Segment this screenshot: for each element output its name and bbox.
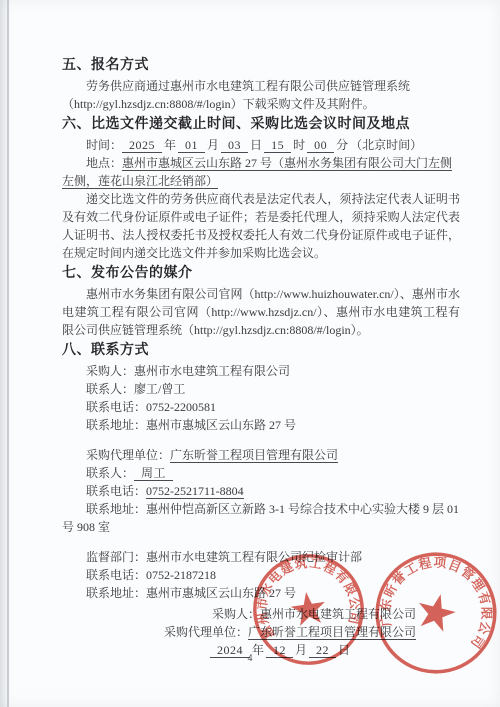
agency-phone-line: 联系电话：0752-2521711-8804	[62, 482, 460, 500]
purchaser-phone-line: 联系电话：0752-2200581	[62, 398, 460, 416]
signature-agency-value: 广东昕誉工程项目管理有限公司	[248, 625, 416, 640]
time-year-unit: 年	[162, 138, 178, 152]
time-year-value: 2025	[122, 138, 162, 153]
section7-paragraph: 惠州市水务集团有限公司官网（http://www.huizhouwater.cn…	[62, 285, 460, 339]
agency-name-line: 采购代理单位：广东昕誉工程项目管理有限公司	[62, 446, 460, 464]
date-day-value: 22	[309, 643, 336, 658]
agency-contact-label: 联系人：	[86, 466, 134, 480]
document-page: 五、报名方式 劳务供应商通过惠州市水电建筑工程有限公司供应链管理系统 （http…	[0, 0, 500, 707]
supervisor-name-line: 监督部门：惠州市水电建筑工程有限公司纪检审计部	[62, 548, 460, 566]
time-hour-unit: 时	[291, 138, 307, 152]
signature-agency-label: 采购代理单位：	[164, 625, 248, 639]
section8-heading: 八、联系方式	[62, 341, 460, 361]
meeting-time-line: 时间：2025年01月03日15时00分（北京时间）	[62, 136, 460, 154]
signature-block: 采购人：惠州市水电建筑工程有限公司 采购代理单位：广东昕誉工程项目管理有限公司 …	[62, 605, 460, 659]
agency-contact-line: 联系人：周工	[62, 464, 460, 482]
section7-heading: 七、发布公告的媒介	[62, 264, 460, 284]
date-year-value: 2024	[210, 643, 250, 658]
signature-agency-line: 采购代理单位：广东昕誉工程项目管理有限公司	[62, 623, 416, 641]
document-body: 五、报名方式 劳务供应商通过惠州市水电建筑工程有限公司供应链管理系统 （http…	[0, 0, 500, 659]
agency-label: 采购代理单位：	[86, 448, 170, 462]
time-month-value: 01	[178, 138, 205, 153]
time-minute-unit: 分	[334, 138, 350, 152]
section6-paragraph: 递交比选文件的劳务供应商代表是法定代表人，须持法定代表人证明书及有效二代身份证原…	[62, 190, 460, 262]
purchaser-name-line: 采购人：惠州市水电建筑工程有限公司	[62, 362, 460, 380]
time-hour-value: 15	[264, 138, 291, 153]
spacer	[62, 536, 460, 548]
agency-phone-value: 0752-2521711-8804	[146, 484, 244, 499]
spacer	[62, 434, 460, 446]
agency-name-value: 广东昕誉工程项目管理有限公司	[170, 448, 338, 463]
signature-purchaser-label: 采购人：	[212, 607, 260, 621]
signature-purchaser-value: 惠州市水电建筑工程有限公司	[260, 607, 416, 621]
supervisor-address-line: 联系地址：惠州市惠城区云山东路 27 号	[62, 584, 460, 602]
section5-line2: （http://gyl.hzsdjz.cn:8808/#/login）下载采购文…	[62, 95, 460, 113]
section6-heading: 六、比选文件递交截止时间、采购比选会议时间及地点	[62, 115, 460, 135]
purchaser-address-line: 联系地址：惠州市惠城区云山东路 27 号	[62, 416, 460, 434]
meeting-location-line: 地点：惠州市惠城区云山东路 27 号（惠州水务集团有限公司大门左侧左侧，莲花山泉…	[62, 154, 460, 190]
date-month-value: 12	[266, 643, 293, 658]
agency-contact-value: 周工	[134, 466, 173, 481]
date-month-unit: 月	[293, 643, 309, 657]
time-day-unit: 日	[248, 138, 264, 152]
section5-line1: 劳务供应商通过惠州市水电建筑工程有限公司供应链管理系统	[62, 77, 460, 95]
signature-purchaser-line: 采购人：惠州市水电建筑工程有限公司	[62, 605, 416, 623]
location-label: 地点：	[86, 156, 122, 170]
time-timezone: （北京时间）	[350, 138, 422, 152]
time-month-unit: 月	[205, 138, 221, 152]
section5-heading: 五、报名方式	[62, 56, 460, 76]
date-day-unit: 日	[336, 643, 352, 657]
signature-date-line: 2024年12月22日	[62, 641, 416, 659]
supervisor-phone-line: 联系电话：0752-2187218	[62, 566, 460, 584]
time-label: 时间：	[86, 138, 122, 152]
time-minute-value: 00	[307, 138, 334, 153]
agency-phone-label: 联系电话：	[86, 484, 146, 498]
purchaser-contact-line: 联系人：廖工/曾工	[62, 380, 460, 398]
date-year-unit: 年	[250, 643, 266, 657]
agency-address-line: 联系地址：惠州仲恺高新区立新路 3-1 号综合技术中心实验大楼 9 层 01 号…	[62, 500, 460, 536]
time-day-value: 03	[221, 138, 248, 153]
